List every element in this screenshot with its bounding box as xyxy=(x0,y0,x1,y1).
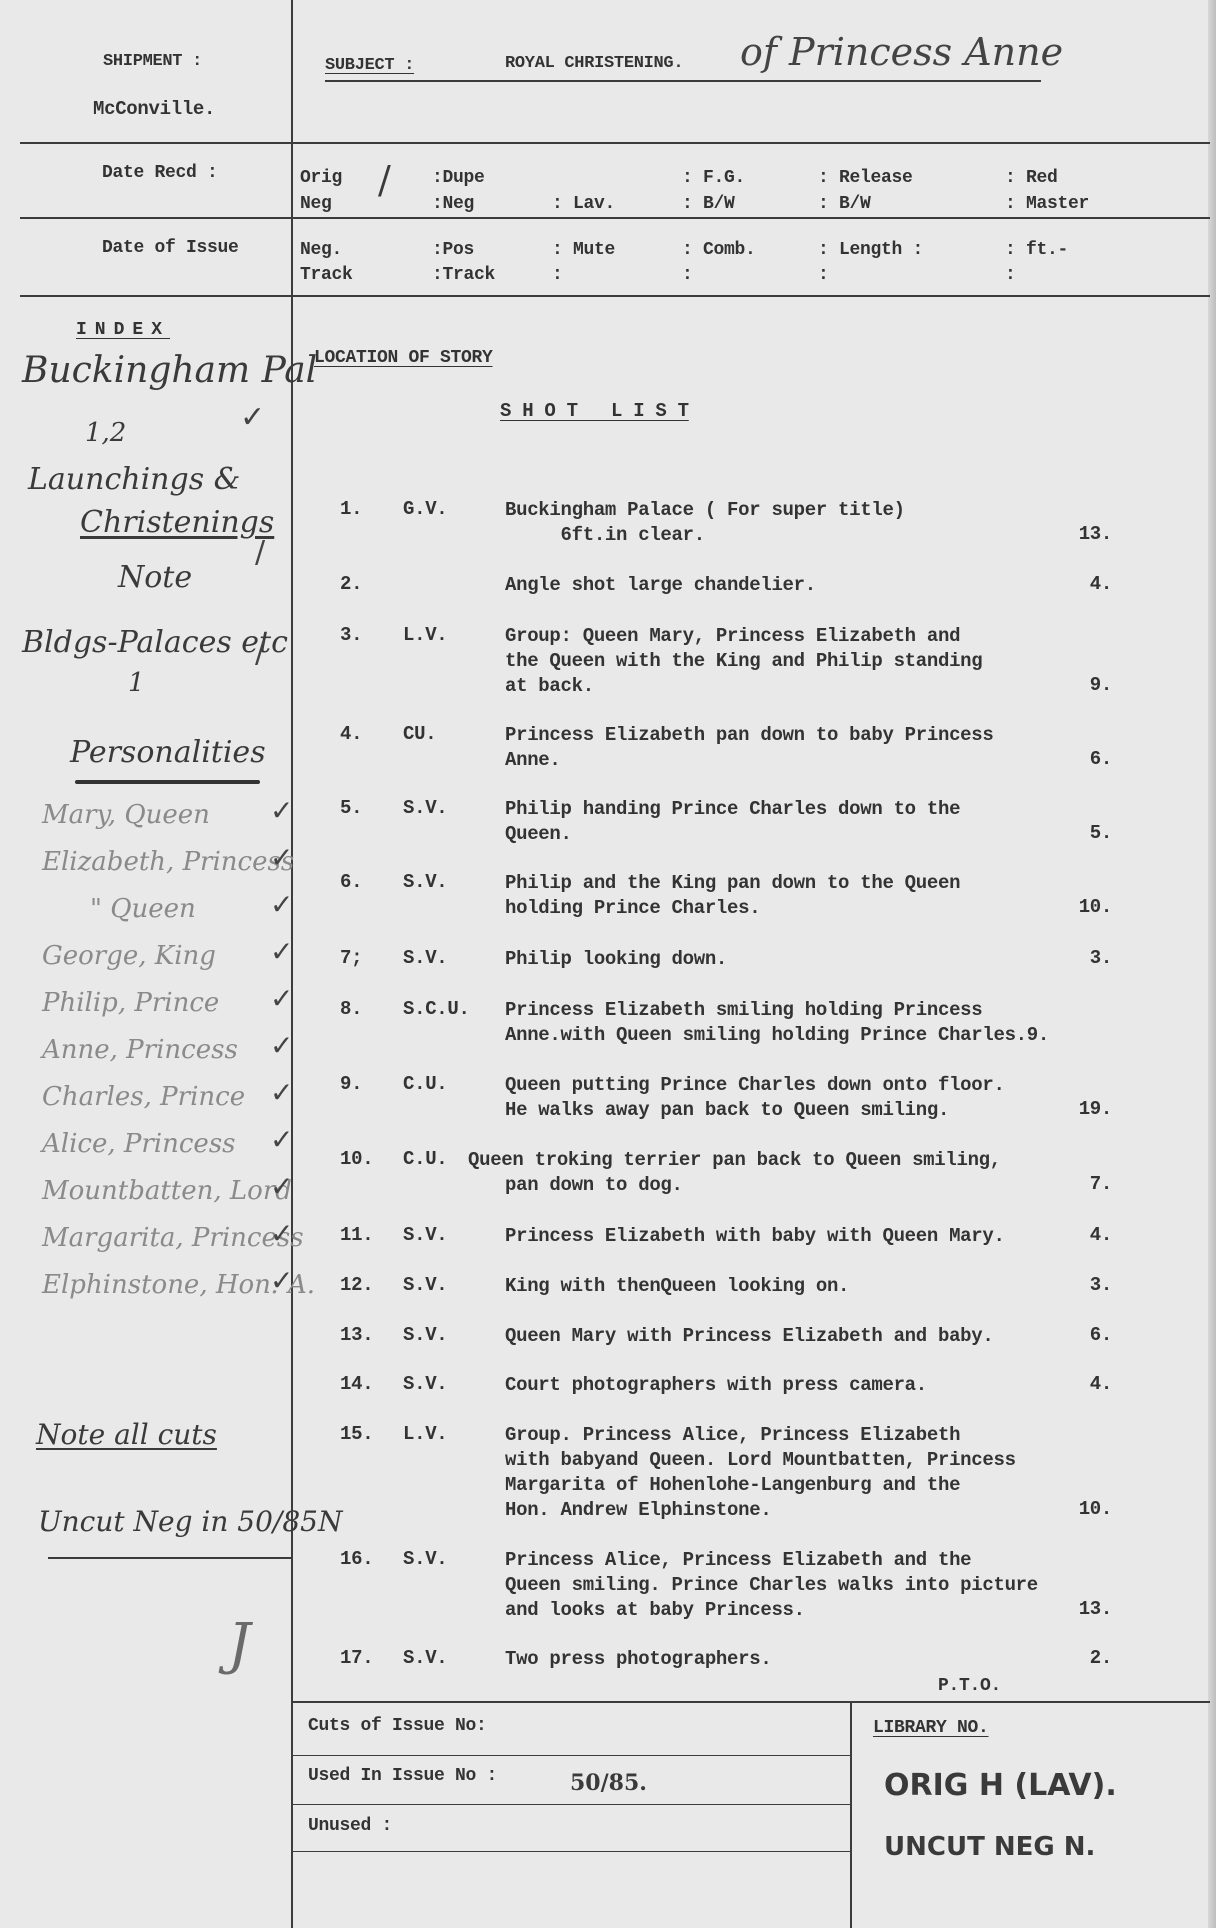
field-fg-bw: : F.G.: B/W xyxy=(682,165,745,217)
field-length: : Length :: xyxy=(818,238,923,288)
shot-description: Group. Princess Alice, Princess Elizabet… xyxy=(505,1423,1016,1523)
subject-underline xyxy=(325,80,1041,82)
rule-footer-top xyxy=(291,1701,1210,1703)
personality-entry: Philip, Prince xyxy=(42,988,219,1018)
check-mark-icon: ✓ xyxy=(270,935,293,968)
shot-description: Buckingham Palace ( For super title) 6ft… xyxy=(505,498,905,548)
shot-description-line: Princess Elizabeth smiling holding Princ… xyxy=(505,998,1049,1023)
cuts-of-issue-label: Cuts of Issue No: xyxy=(308,1716,487,1736)
shot-footage: 13. xyxy=(1079,523,1112,545)
field-red-master: : Red: Master xyxy=(1005,165,1089,217)
shot-number: 11. xyxy=(340,1224,373,1246)
shot-description-line: Queen troking terrier pan back to Queen … xyxy=(468,1148,1001,1173)
shot-footage: 10. xyxy=(1079,896,1112,918)
index-entry-number: 1 xyxy=(128,668,145,698)
date-of-issue-label: Date of Issue xyxy=(102,238,239,258)
shot-description: Queen putting Prince Charles down onto f… xyxy=(505,1073,1005,1123)
shot-type: CU. xyxy=(403,723,436,745)
index-entry-note: Note xyxy=(118,560,192,595)
shot-number: 8. xyxy=(340,998,362,1020)
shot-description: Princess Elizabeth pan down to baby Prin… xyxy=(505,723,993,773)
shot-type: S.V. xyxy=(403,1324,447,1346)
shot-number: 10. xyxy=(340,1148,373,1170)
shot-description-line: Philip handing Prince Charles down to th… xyxy=(505,797,960,822)
shot-description-line: and looks at baby Princess. xyxy=(505,1598,1038,1623)
rule-unused xyxy=(291,1851,851,1852)
shot-footage: 6. xyxy=(1090,748,1112,770)
shot-number: 15. xyxy=(340,1423,373,1445)
shot-type: S.V. xyxy=(403,947,447,969)
shot-type: C.U. xyxy=(403,1148,447,1170)
personality-entry: George, King xyxy=(42,941,216,971)
shot-description-line: Hon. Andrew Elphinstone. xyxy=(505,1498,1016,1523)
check-mark-icon: ✓ xyxy=(240,400,265,435)
shot-number: 12. xyxy=(340,1274,373,1296)
shot-description-line: Princess Elizabeth pan down to baby Prin… xyxy=(505,723,993,748)
field-release-bw: : Release: B/W xyxy=(818,165,913,217)
field-dupe-neg: :Dupe:Neg xyxy=(432,165,485,217)
index-entry-category-1: Launchings & xyxy=(28,462,240,497)
shipment-label: SHIPMENT : xyxy=(103,52,202,71)
shot-description-line: Group. Princess Alice, Princess Elizabet… xyxy=(505,1423,1016,1448)
shot-type: S.V. xyxy=(403,797,447,819)
shot-description-line: King with thenQueen looking on. xyxy=(505,1274,849,1299)
shot-footage: 13. xyxy=(1079,1598,1112,1620)
field-ft: : ft.-: xyxy=(1005,238,1068,288)
shot-description-line: Angle shot large chandelier. xyxy=(505,573,816,598)
check-mark-icon: ✓ xyxy=(270,1123,293,1156)
shot-number: 1. xyxy=(340,498,362,520)
shot-footage: 4. xyxy=(1090,1373,1112,1395)
shipment-value: McConville. xyxy=(93,98,215,120)
shot-description: Queen troking terrier pan back to Queen … xyxy=(468,1148,1001,1198)
index-note-uncut-neg: Uncut Neg in 50/85N xyxy=(38,1505,342,1538)
shot-description-line: Two press photographers. xyxy=(505,1647,771,1672)
library-orig-value: ORIG H (LAV). xyxy=(884,1768,1117,1803)
shot-description-line: Anne.with Queen smiling holding Prince C… xyxy=(505,1023,1049,1048)
personality-entry: Anne, Princess xyxy=(42,1035,238,1065)
check-mark-icon: ✓ xyxy=(270,1217,293,1250)
shot-number: 4. xyxy=(340,723,362,745)
shot-description-line: Queen. xyxy=(505,822,960,847)
shot-description-line: Princess Alice, Princess Elizabeth and t… xyxy=(505,1548,1038,1573)
shot-description-line: Group: Queen Mary, Princess Elizabeth an… xyxy=(505,624,982,649)
shot-footage: 2. xyxy=(1090,1647,1112,1669)
pto-label: P.T.O. xyxy=(938,1676,1001,1696)
shot-type: C.U. xyxy=(403,1073,447,1095)
field-comb: : Comb.: xyxy=(682,238,756,288)
shot-description-line: holding Prince Charles. xyxy=(505,896,960,921)
shot-description: Court photographers with press camera. xyxy=(505,1373,927,1398)
index-entry-category-3: Bldgs-Palaces etc xyxy=(22,625,288,660)
shot-description: Princess Alice, Princess Elizabeth and t… xyxy=(505,1548,1038,1623)
shot-type: S.V. xyxy=(403,871,447,893)
shot-footage: 5. xyxy=(1090,822,1112,844)
shot-description-line: at back. xyxy=(505,674,982,699)
shot-type: S.V. xyxy=(403,1548,447,1570)
shot-number: 16. xyxy=(340,1548,373,1570)
shot-description: Group: Queen Mary, Princess Elizabeth an… xyxy=(505,624,982,699)
date-recd-label: Date Recd : xyxy=(102,163,218,183)
shot-number: 6. xyxy=(340,871,362,893)
library-uncut-neg-value: UNCUT NEG N. xyxy=(884,1832,1095,1862)
index-entry-location: Buckingham Pal xyxy=(22,350,317,391)
shot-description-line: He walks away pan back to Queen smiling. xyxy=(505,1098,1005,1123)
shot-footage: 10. xyxy=(1079,1498,1112,1520)
shot-description-line: pan down to dog. xyxy=(468,1173,1001,1198)
shot-type: S.V. xyxy=(403,1647,447,1669)
index-note-all-cuts: Note all cuts xyxy=(36,1418,217,1451)
shot-number: 13. xyxy=(340,1324,373,1346)
shot-type: S.V. xyxy=(403,1373,447,1395)
personality-entry: Margarita, Princess xyxy=(42,1223,304,1253)
check-mark-icon: ✓ xyxy=(270,982,293,1015)
index-entry-shots: 1,2 xyxy=(85,418,126,448)
shot-footage: 4. xyxy=(1090,1224,1112,1246)
field-neg-track: Neg.Track xyxy=(300,238,353,288)
check-mark-icon: ✓ xyxy=(270,794,293,827)
subject-value: ROYAL CHRISTENING. xyxy=(505,54,683,73)
shot-footage: 6. xyxy=(1090,1324,1112,1346)
shot-description-line: Court photographers with press camera. xyxy=(505,1373,927,1398)
field-lav: : Lav. xyxy=(552,165,615,217)
orig-neg-check-mark: / xyxy=(378,158,391,202)
shot-description-line: Anne. xyxy=(505,748,993,773)
shot-footage: 3. xyxy=(1090,947,1112,969)
check-mark-icon: ✓ xyxy=(270,1076,293,1109)
rule-header-1 xyxy=(20,142,1210,144)
location-of-story-label: LOCATION OF STORY xyxy=(314,348,493,368)
shot-type: S.C.U. xyxy=(403,998,470,1020)
shot-description-line: with babyand Queen. Lord Mountbatten, Pr… xyxy=(505,1448,1016,1473)
check-mark-icon: ✓ xyxy=(270,888,293,921)
index-entry-category-2: Christenings xyxy=(80,505,274,540)
shot-description: Two press photographers. xyxy=(505,1647,771,1672)
shot-description: Princess Elizabeth smiling holding Princ… xyxy=(505,998,1049,1048)
rule-header-3 xyxy=(20,295,1210,297)
personality-entry: Elizabeth, Princess xyxy=(42,847,294,877)
shot-number: 5. xyxy=(340,797,362,819)
shot-number: 14. xyxy=(340,1373,373,1395)
shot-type: S.V. xyxy=(403,1274,447,1296)
personality-entry: Charles, Prince xyxy=(42,1082,245,1112)
page-edge-shadow xyxy=(1208,0,1216,1928)
rule-header-2 xyxy=(20,217,1210,219)
shot-description: Angle shot large chandelier. xyxy=(505,573,816,598)
field-mute: : Mute: xyxy=(552,238,615,288)
check-mark-icon: / xyxy=(255,535,265,570)
library-divider xyxy=(850,1703,852,1928)
personality-entry: Mary, Queen xyxy=(42,800,210,830)
shot-type: G.V. xyxy=(403,498,447,520)
shot-description-line: Princess Elizabeth with baby with Queen … xyxy=(505,1224,1005,1249)
shot-description-line: Philip and the King pan down to the Quee… xyxy=(505,871,960,896)
index-entry-personalities: Personalities xyxy=(70,735,266,770)
check-mark-icon: / xyxy=(255,635,265,670)
shot-description-line: Queen putting Prince Charles down onto f… xyxy=(505,1073,1005,1098)
shot-description-line: Queen smiling. Prince Charles walks into… xyxy=(505,1573,1038,1598)
personalities-underline xyxy=(75,780,260,784)
used-in-issue-value: 50/85. xyxy=(570,1770,647,1796)
shot-description-line: Philip looking down. xyxy=(505,947,727,972)
shot-description: Philip handing Prince Charles down to th… xyxy=(505,797,960,847)
shot-description-line: the Queen with the King and Philip stand… xyxy=(505,649,982,674)
check-mark-icon: ✓ xyxy=(270,1029,293,1062)
rule-used xyxy=(291,1804,851,1805)
shot-footage: 9. xyxy=(1090,674,1112,696)
field-pos-track: :Pos:Track xyxy=(432,238,495,288)
initials-signature: J xyxy=(228,1612,250,1677)
subject-handwritten-note: of Princess Anne xyxy=(740,30,1063,74)
shot-description-line: 6ft.in clear. xyxy=(505,523,905,548)
shot-description-line: Margarita of Hohenlohe-Langenburg and th… xyxy=(505,1473,1016,1498)
shot-description: Princess Elizabeth with baby with Queen … xyxy=(505,1224,1005,1249)
unused-label: Unused : xyxy=(308,1816,392,1836)
shot-type: S.V. xyxy=(403,1224,447,1246)
personality-entry: " Queen xyxy=(90,894,196,924)
shot-type: L.V. xyxy=(403,624,447,646)
shot-footage: 19. xyxy=(1079,1098,1112,1120)
subject-label: SUBJECT : xyxy=(325,56,414,75)
shot-footage: 4. xyxy=(1090,573,1112,595)
shot-description-line: Queen Mary with Princess Elizabeth and b… xyxy=(505,1324,993,1349)
shot-number: 9. xyxy=(340,1073,362,1095)
uncut-neg-underline xyxy=(48,1557,293,1559)
shot-number: 7; xyxy=(340,947,362,969)
shot-description: Queen Mary with Princess Elizabeth and b… xyxy=(505,1324,993,1349)
field-orig-neg: OrigNeg xyxy=(300,165,342,217)
shot-description: Philip looking down. xyxy=(505,947,727,972)
shot-list-title: S H O T L I S T xyxy=(500,400,689,422)
shot-description-line: Buckingham Palace ( For super title) xyxy=(505,498,905,523)
library-no-label: LIBRARY NO. xyxy=(873,1718,989,1738)
shot-type: L.V. xyxy=(403,1423,447,1445)
check-mark-icon: ✓ xyxy=(270,1170,293,1203)
check-mark-icon: ✓ xyxy=(270,1264,293,1297)
rule-cuts xyxy=(291,1755,851,1756)
shot-number: 2. xyxy=(340,573,362,595)
shot-footage: 7. xyxy=(1090,1173,1112,1195)
shot-number: 17. xyxy=(340,1647,373,1669)
check-mark-icon: ✓ xyxy=(270,841,293,874)
shot-number: 3. xyxy=(340,624,362,646)
shot-description: Philip and the King pan down to the Quee… xyxy=(505,871,960,921)
shot-description: King with thenQueen looking on. xyxy=(505,1274,849,1299)
index-title: INDEX xyxy=(76,320,170,340)
personality-entry: Mountbatten, Lord xyxy=(42,1176,292,1206)
personality-entry: Alice, Princess xyxy=(42,1129,236,1159)
shot-footage: 3. xyxy=(1090,1274,1112,1296)
used-in-issue-label: Used In Issue No : xyxy=(308,1766,497,1786)
